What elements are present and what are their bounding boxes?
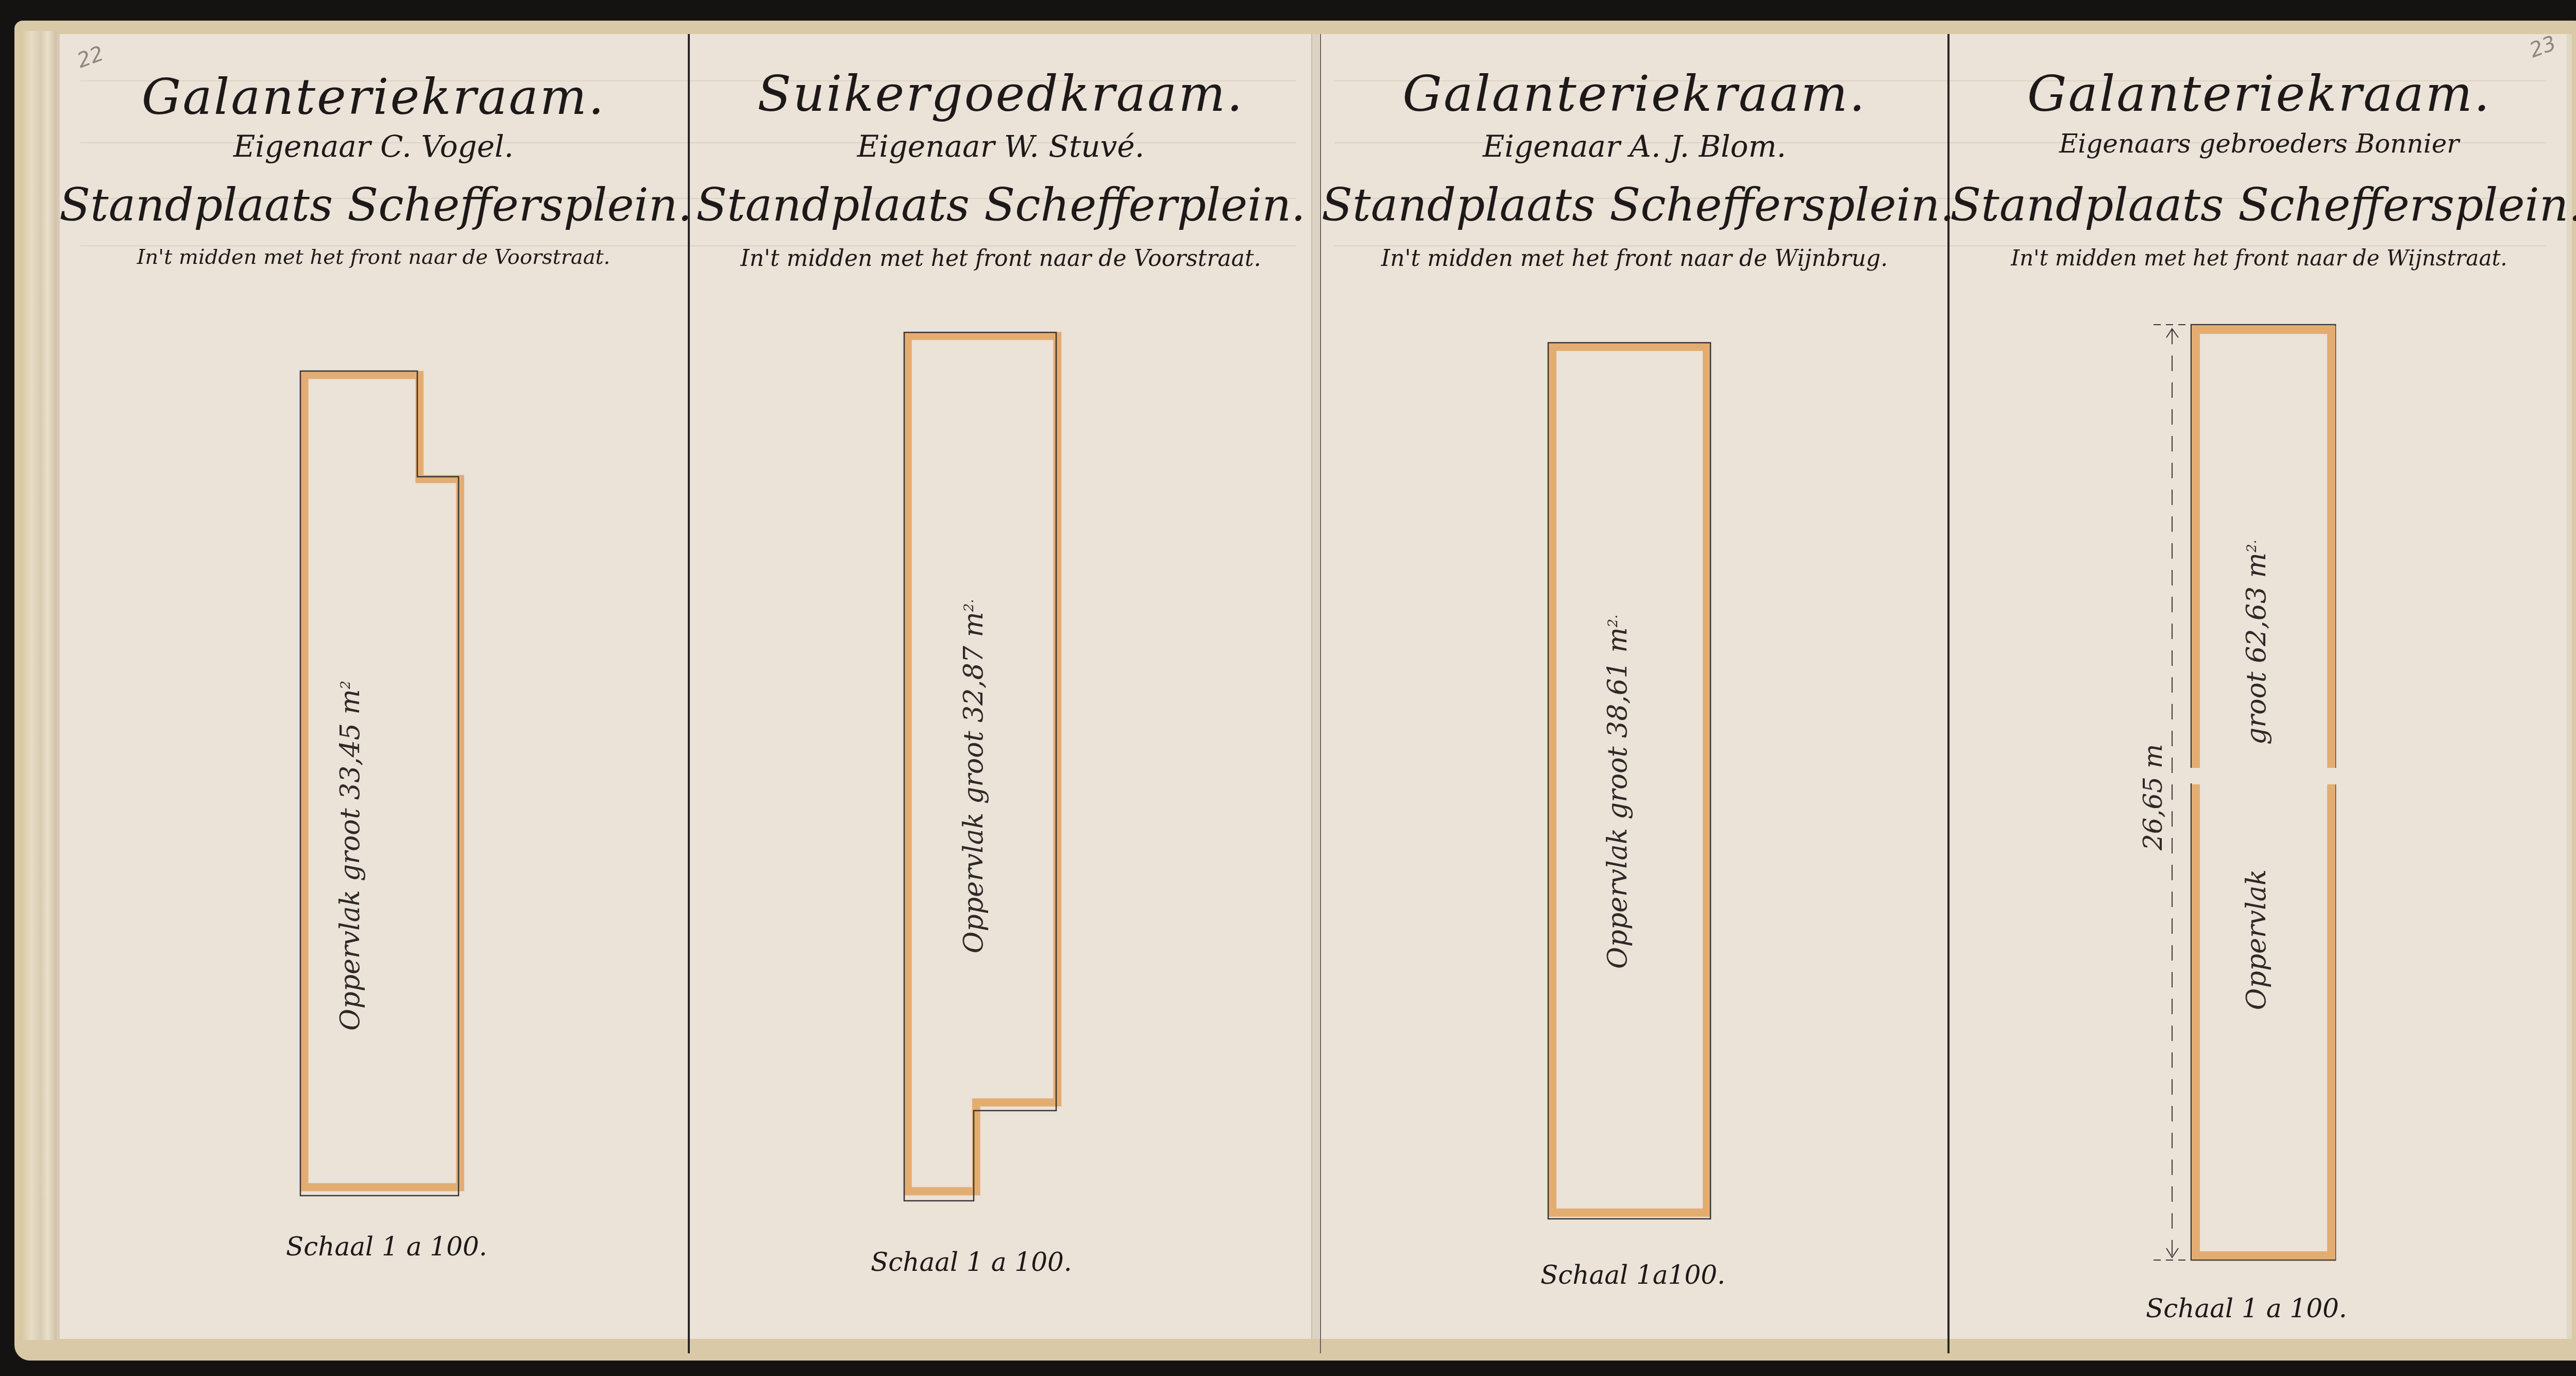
location-line: Standplaats Schefferplein.: [690, 178, 1311, 231]
location-line: Standplaats Scheffersplein.: [1950, 178, 2568, 231]
length-dimension: 26,65 m: [2138, 744, 2168, 850]
orientation-line: In't midden met het front naar de Voorst…: [59, 245, 688, 269]
area-label-upper: groot 62,63 m2.: [2241, 540, 2272, 745]
area-label-lower: Oppervlak: [2241, 869, 2272, 1010]
scale-note: Schaal 1 a 100.: [871, 1247, 1072, 1277]
stall-type-title: Suikergoedkraam.: [690, 65, 1311, 123]
location-line: Standplaats Scheffersplein.: [59, 178, 688, 231]
floor-plan-vogel: [289, 361, 474, 1211]
location-line: Standplaats Scheffersplein.: [1321, 178, 1947, 231]
area-label: Oppervlak groot 32,87 m2.: [958, 599, 989, 953]
scale-note: Schaal 1 a 100.: [286, 1232, 487, 1262]
floor-plan-blom: [1540, 335, 1726, 1227]
stall-type-title: Galanteriekraam.: [1321, 65, 1947, 123]
scale-note: Schaal 1a100.: [1540, 1260, 1725, 1290]
area-label: Oppervlak groot 33,45 m2: [335, 681, 366, 1031]
center-fold: [1311, 34, 1318, 1339]
orientation-line: In't midden met het front naar de Voorst…: [690, 245, 1311, 272]
area-label: Oppervlak groot 38,61 m2.: [1602, 614, 1633, 969]
orientation-line: In't midden met het front naar de Wijnbr…: [1321, 245, 1947, 272]
column-divider: [1947, 34, 1950, 1353]
owner-line: Eigenaars gebroeders Bonnier: [1950, 129, 2568, 159]
page-edges: [21, 31, 57, 1340]
owner-line: Eigenaar W. Stuvé.: [690, 129, 1311, 164]
column-divider: [1320, 34, 1321, 1353]
orientation-line: In't midden met het front naar de Wijnst…: [1950, 245, 2568, 271]
scale-note: Schaal 1 a 100.: [2146, 1294, 2347, 1323]
owner-line: Eigenaar A. J. Blom.: [1321, 129, 1947, 164]
floor-plan-bonnier: [2138, 314, 2354, 1273]
column-divider: [688, 34, 690, 1353]
stall-type-title: Galanteriekraam.: [1950, 65, 2568, 123]
stall-type-title: Galanteriekraam.: [59, 68, 688, 126]
owner-line: Eigenaar C. Vogel.: [59, 129, 688, 164]
